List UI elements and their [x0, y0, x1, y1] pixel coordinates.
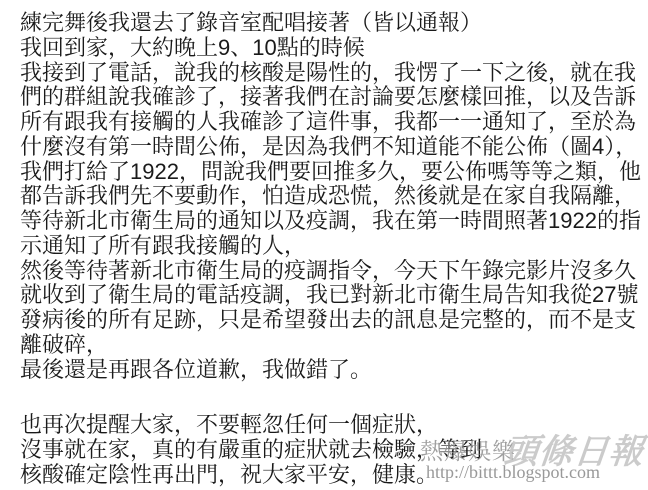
text-line: 發病後的所有足跡，只是希望發出去的訊息是完整的，而不是支	[20, 308, 644, 333]
text-line: 練完舞後我還去了錄音室配唱接著（皆以通報）	[20, 11, 644, 36]
text-line: 什麼沒有第一時間公佈，是因為我們不知道能不能公佈（圖4），	[20, 135, 644, 160]
text-line: 最後還是再跟各位道歉，我做錯了。	[20, 358, 644, 383]
text-line: 也再次提醒大家，不要輕忽任何一個症狀，	[20, 413, 644, 438]
text-line: 示通知了所有跟我接觸的人，	[20, 234, 644, 259]
text-line: 等待新北市衛生局的通知以及疫調，我在第一時間照著1922的指	[20, 209, 644, 234]
text-line: 我們打給了1922，問說我們要回推多久，要公佈嗎等等之類，他	[20, 160, 644, 185]
text-line: 就收到了衛生局的電話疫調，我已對新北市衛生局告知我從27號	[20, 283, 644, 308]
text-line: 我接到了電話，說我的核酸是陽性的，我愣了一下之後，就在我	[20, 61, 644, 86]
post-text: 練完舞後我還去了錄音室配唱接著（皆以通報） 我回到家，大約晚上9、10點的時候 …	[0, 0, 648, 488]
text-line: 核酸確定陰性再出門，祝大家平安，健康。	[20, 463, 644, 488]
text-line: 離破碎，	[20, 333, 644, 358]
text-line: 所有跟我有接觸的人我確診了這件事，我都一一通知了，至於為	[20, 110, 644, 135]
text-line: 然後等待著新北市衛生局的疫調指令，今天下午錄完影片沒多久	[20, 259, 644, 284]
text-line: 沒事就在家，真的有嚴重的症狀就去檢驗，等到	[20, 438, 644, 463]
text-line: 都告訴我們先不要動作，怕造成恐慌，然後就是在家自我隔離，	[20, 184, 644, 209]
text-line: 們的群組說我確診了，接著我們在討論要怎麼樣回推，以及告訴	[20, 85, 644, 110]
text-line: 我回到家，大約晚上9、10點的時候	[20, 36, 644, 61]
paragraph-gap	[20, 382, 644, 413]
